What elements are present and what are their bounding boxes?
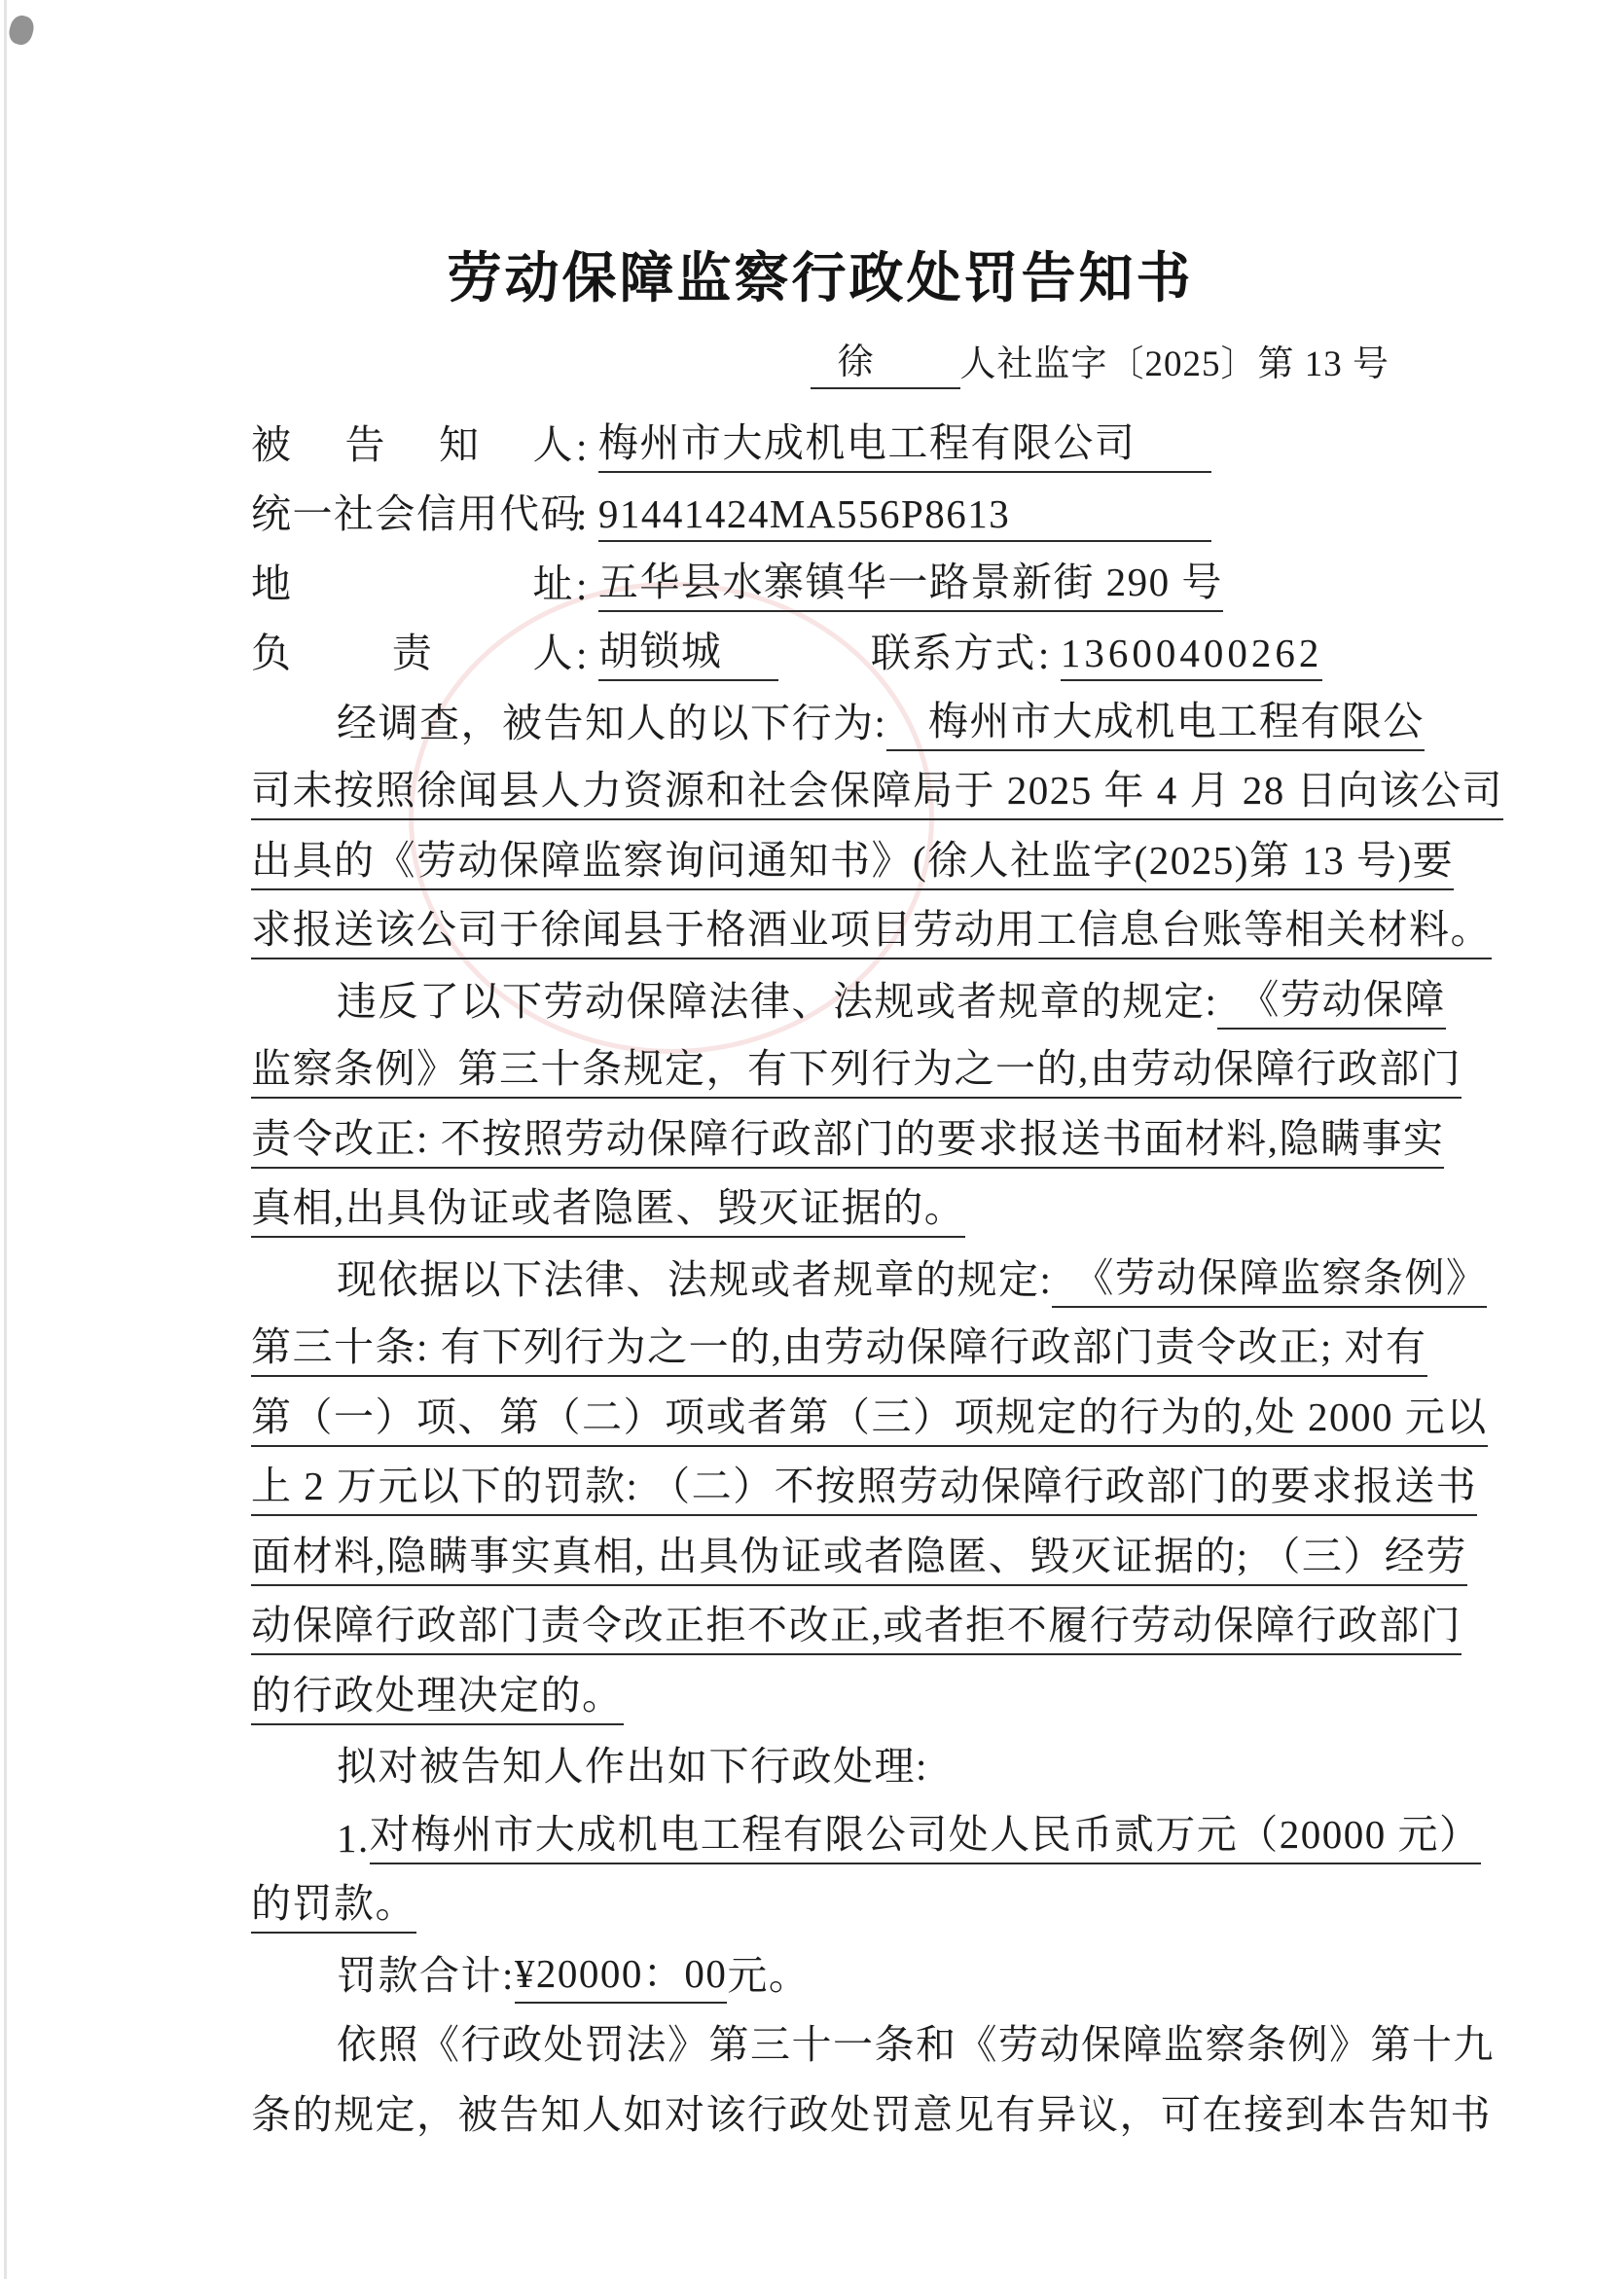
text-segment: 第三十条: 有下列行为之一的,由劳动保障行政部门责令改正; 对有: [251, 1315, 1427, 1377]
document-title: 劳动保障监察行政处罚告知书: [251, 235, 1389, 313]
text-segment: 拟对被告知人作出如下行政处理:: [337, 1734, 928, 1794]
text-segment: 违反了以下劳动保障法律、法规或者规章的规定:: [337, 969, 1217, 1030]
field-value: 五华县水寨镇华一路景新街 290 号: [598, 550, 1223, 612]
scan-edge-artifact: [4, 0, 7, 2279]
blank-underline: [875, 384, 960, 389]
blank-underline: [811, 384, 838, 389]
field-label: 统一社会信用代码: [251, 482, 574, 542]
document-line: 监察条例》第三十条规定，有下列行为之一的,由劳动保障行政部门: [251, 1030, 1389, 1100]
field-row-person-contact: 负责人:胡锁城联系方式:13600400262: [251, 612, 1389, 682]
text-segment: 梅州市大成机电工程有限公: [886, 689, 1425, 751]
field-label: 被告知人: [251, 413, 574, 473]
text-segment: 经调查，被告知人的以下行为:: [337, 691, 886, 751]
field-label: 地址: [251, 552, 574, 612]
text-segment: 出具的《劳动保障监察询问通知书》(徐人社监字(2025)第 13 号)要: [251, 828, 1454, 890]
document-line: 出具的《劳动保障监察询问通知书》(徐人社监字(2025)第 13 号)要: [251, 820, 1389, 890]
field-gap: [778, 678, 871, 681]
text-segment: 罚款合计:: [337, 1943, 515, 2004]
field-value: 梅州市大成机电工程有限公司: [598, 411, 1211, 473]
field-value: 91441424MA556P8613: [598, 490, 1211, 542]
document-line: 违反了以下劳动保障法律、法规或者规章的规定: 《劳动保障: [251, 959, 1389, 1030]
field-label: 联系方式: [871, 621, 1036, 681]
text-segment: 1.: [337, 1815, 370, 1864]
text-segment: 求报送该公司于徐闻县于格酒业项目劳动用工信息台账等相关材料。: [251, 897, 1492, 959]
field-row-address: 地址:五华县水寨镇华一路景新街 290 号: [251, 542, 1389, 612]
document-content: 劳动保障监察行政处罚告知书 徐人社监字〔2025〕第 13 号 被告知人:梅州市…: [251, 235, 1389, 2143]
field-value: 13600400262: [1061, 630, 1323, 681]
document-line: 动保障行政部门责令改正拒不改正,或者拒不履行劳动保障行政部门: [251, 1586, 1389, 1656]
document-line: 的行政处理决定的。: [251, 1655, 1389, 1725]
document-line: 经调查，被告知人的以下行为: 梅州市大成机电工程有限公: [251, 681, 1389, 751]
document-number-text: 人社监字〔2025〕第 13 号: [960, 334, 1390, 389]
document-line: 面材料,隐瞒事实真相, 出具伪证或者隐匿、毁灭证据的; （三）经劳: [251, 1516, 1389, 1586]
field-colon: :: [1036, 632, 1061, 681]
text-segment: 《劳动保障监察条例》: [1052, 1246, 1487, 1308]
text-segment: 司未按照徐闻县人力资源和社会保障局于 2025 年 4 月 28 日向该公司: [251, 758, 1503, 820]
document-line: 罚款合计: ¥20000：00 元。: [251, 1934, 1389, 2004]
document-line: 1. 对梅州市大成机电工程有限公司处人民币贰万元（20000 元）: [251, 1794, 1389, 1864]
field-colon: :: [574, 492, 598, 542]
field-colon: :: [574, 632, 598, 681]
text-segment: 面材料,隐瞒事实真相, 出具伪证或者隐匿、毁灭证据的; （三）经劳: [251, 1524, 1467, 1586]
text-segment: 条的规定，被告知人如对该行政处罚意见有异议，可在接到本告知书: [251, 2082, 1492, 2143]
text-segment: 监察条例》第三十条规定，有下列行为之一的,由劳动保障行政部门: [251, 1036, 1462, 1099]
text-segment: 依照《行政处罚法》第三十一条和《劳动保障监察条例》第十九: [337, 2012, 1495, 2073]
scan-smudge-artifact: [7, 13, 37, 47]
text-segment: 的罚款。: [251, 1871, 416, 1934]
text-segment: ¥20000：00: [515, 1941, 728, 2004]
document-number: 徐人社监字〔2025〕第 13 号: [251, 327, 1389, 389]
text-segment: 对梅州市大成机电工程有限公司处人民币贰万元（20000 元）: [370, 1802, 1481, 1864]
document-number-fill: 徐: [838, 332, 875, 389]
text-segment: 真相,出具伪证或者隐匿、毁灭证据的。: [251, 1176, 965, 1238]
document-line: 第三十条: 有下列行为之一的,由劳动保障行政部门责令改正; 对有: [251, 1308, 1389, 1378]
document-line: 第（一）项、第（二）项或者第（三）项规定的行为的,处 2000 元以: [251, 1377, 1389, 1447]
document-line: 司未按照徐闻县人力资源和社会保障局于 2025 年 4 月 28 日向该公司: [251, 751, 1389, 821]
paragraphs: 经调查，被告知人的以下行为: 梅州市大成机电工程有限公司未按照徐闻县人力资源和社…: [251, 681, 1389, 2143]
text-segment: 责令改正: 不按照劳动保障行政部门的要求报送书面材料,隐瞒事实: [251, 1106, 1444, 1169]
text-segment: 的行政处理决定的。: [251, 1663, 624, 1725]
document-line: 真相,出具伪证或者隐匿、毁灭证据的。: [251, 1169, 1389, 1239]
text-segment: 元。: [727, 1943, 810, 2004]
text-segment: 第（一）项、第（二）项或者第（三）项规定的行为的,处 2000 元以: [251, 1385, 1488, 1447]
document-line: 依照《行政处罚法》第三十一条和《劳动保障监察条例》第十九: [251, 2004, 1389, 2074]
text-segment: 动保障行政部门责令改正拒不改正,或者拒不履行劳动保障行政部门: [251, 1593, 1462, 1655]
document-line: 求报送该公司于徐闻县于格酒业项目劳动用工信息台账等相关材料。: [251, 890, 1389, 960]
document-page: 劳动保障监察行政处罚告知书 徐人社监字〔2025〕第 13 号 被告知人:梅州市…: [0, 0, 1624, 2279]
document-line: 现依据以下法律、法规或者规章的规定: 《劳动保障监察条例》: [251, 1238, 1389, 1308]
text-segment: 现依据以下法律、法规或者规章的规定:: [337, 1248, 1052, 1308]
text-segment: 《劳动保障: [1217, 967, 1446, 1030]
field-row-recipient: 被告知人:梅州市大成机电工程有限公司: [251, 403, 1389, 473]
document-line: 拟对被告知人作出如下行政处理:: [251, 1725, 1389, 1795]
field-value: 胡锁城: [598, 619, 778, 681]
document-line: 上 2 万元以下的罚款: （二）不按照劳动保障行政部门的要求报送书: [251, 1447, 1389, 1517]
field-label: 负责人: [251, 621, 574, 681]
text-segment: 上 2 万元以下的罚款: （二）不按照劳动保障行政部门的要求报送书: [251, 1454, 1477, 1516]
field-colon: :: [574, 423, 598, 473]
document-line: 责令改正: 不按照劳动保障行政部门的要求报送书面材料,隐瞒事实: [251, 1099, 1389, 1169]
field-colon: :: [574, 562, 598, 612]
document-line: 的罚款。: [251, 1864, 1389, 1935]
document-line: 条的规定，被告知人如对该行政处罚意见有异议，可在接到本告知书: [251, 2073, 1389, 2143]
field-row-credit-code: 统一社会信用代码:91441424MA556P8613: [251, 473, 1389, 543]
